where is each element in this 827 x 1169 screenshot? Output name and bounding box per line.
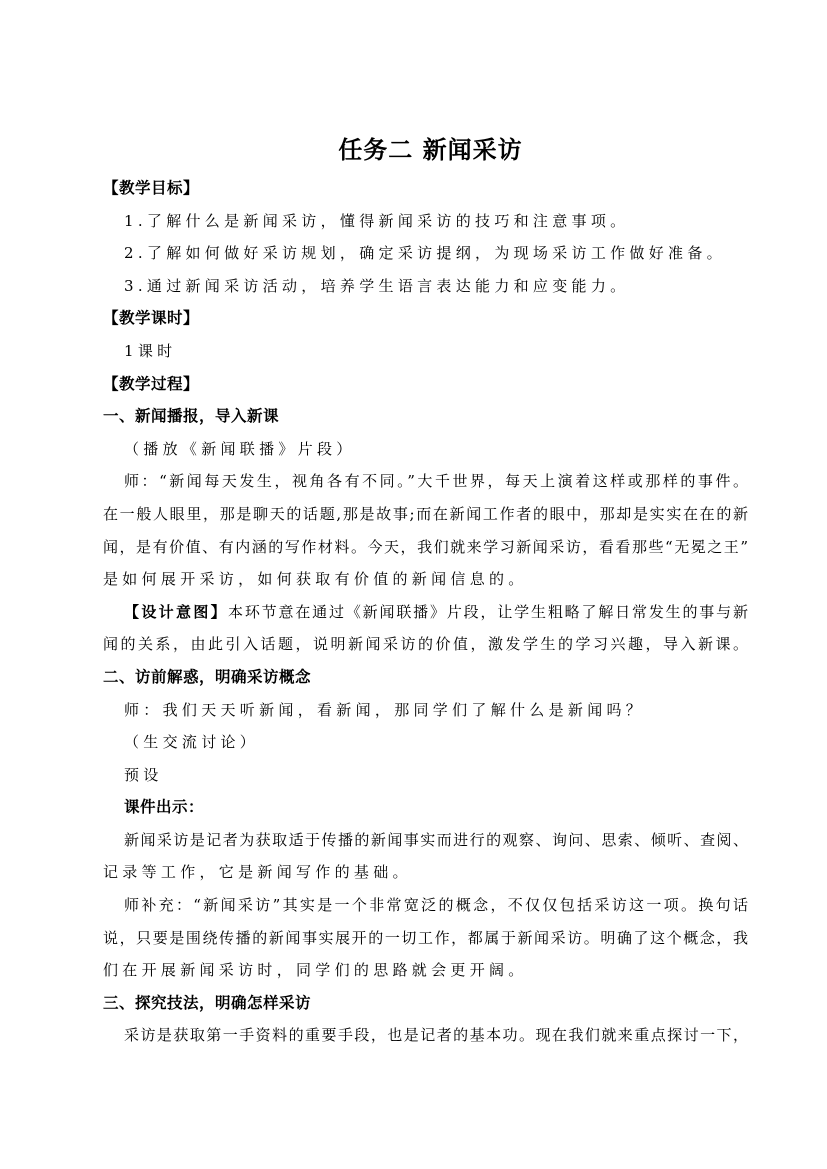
courseware-label: 课件出示： xyxy=(103,791,748,824)
design-intent-label: 【设计意图】 xyxy=(124,603,228,621)
document-title: 任务二 新闻采访 xyxy=(113,128,748,172)
hours-value: 1课时 xyxy=(103,335,748,368)
goal-item: 3.通过新闻采访活动，培养学生语言表达能力和应变能力。 xyxy=(103,270,748,303)
paragraph-line: 师补充：“新闻采访”其实是一个非常宽泛的概念，不仅仅包括采访这一项。换句话 xyxy=(103,889,748,922)
part3-heading: 三、探究技法，明确怎样采访 xyxy=(103,987,748,1020)
goal-item: 2.了解如何做好采访规划，确定采访提纲，为现场采访工作做好准备。 xyxy=(103,237,748,270)
goals-heading: 【教学目标】 xyxy=(103,172,748,205)
paragraph-line: 闻的关系，由此引入话题，说明新闻采访的价值，激发学生的学习兴趣，导入新课。 xyxy=(103,628,748,661)
document-page: 任务二 新闻采访 【教学目标】 1.了解什么是新闻采访，懂得新闻采访的技巧和注意… xyxy=(103,128,748,1052)
hours-heading: 【教学课时】 xyxy=(103,302,748,335)
part2-heading: 二、访前解惑，明确采访概念 xyxy=(103,661,748,694)
paragraph-line: 预设 xyxy=(103,759,748,792)
paragraph-line: 们在开展新闻采访时，同学们的思路就会更开阔。 xyxy=(103,954,748,987)
part1-heading: 一、新闻播报，导入新课 xyxy=(103,400,748,433)
paragraph-line: 闻，是有价值、有内涵的写作材料。今天，我们就来学习新闻采访，看看那些“无冕之王” xyxy=(103,531,748,564)
paragraph-line: （播放《新闻联播》片段） xyxy=(103,433,748,466)
paragraph-line: 师：“新闻每天发生，视角各有不同。”大千世界，每天上演着这样或那样的事件。 xyxy=(103,465,748,498)
design-intent-text: 本环节意在通过《新闻联播》片段，让学生粗略了解日常发生的事与新 xyxy=(228,603,748,621)
process-heading: 【教学过程】 xyxy=(103,368,748,401)
paragraph-line: 说，只要是围绕传播的新闻事实展开的一切工作，都属于新闻采访。明确了这个概念，我 xyxy=(103,922,748,955)
paragraph-line: 在一般人眼里，那是聊天的话题,那是故事;而在新闻工作者的眼中，那却是实实在在的新 xyxy=(103,498,748,531)
paragraph-line: 记录等工作，它是新闻写作的基础。 xyxy=(103,856,748,889)
goal-item: 1.了解什么是新闻采访，懂得新闻采访的技巧和注意事项。 xyxy=(103,205,748,238)
paragraph-line: 是如何展开采访，如何获取有价值的新闻信息的。 xyxy=(103,563,748,596)
paragraph-line: 师：我们天天听新闻，看新闻，那同学们了解什么是新闻吗？ xyxy=(103,694,748,727)
design-intent-line: 【设计意图】本环节意在通过《新闻联播》片段，让学生粗略了解日常发生的事与新 xyxy=(103,596,748,629)
paragraph-line: 新闻采访是记者为获取适于传播的新闻事实而进行的观察、询问、思索、倾听、查阅、 xyxy=(103,824,748,857)
paragraph-line: 采访是获取第一手资料的重要手段，也是记者的基本功。现在我们就来重点探讨一下， xyxy=(103,1019,748,1052)
paragraph-line: （生交流讨论） xyxy=(103,726,748,759)
